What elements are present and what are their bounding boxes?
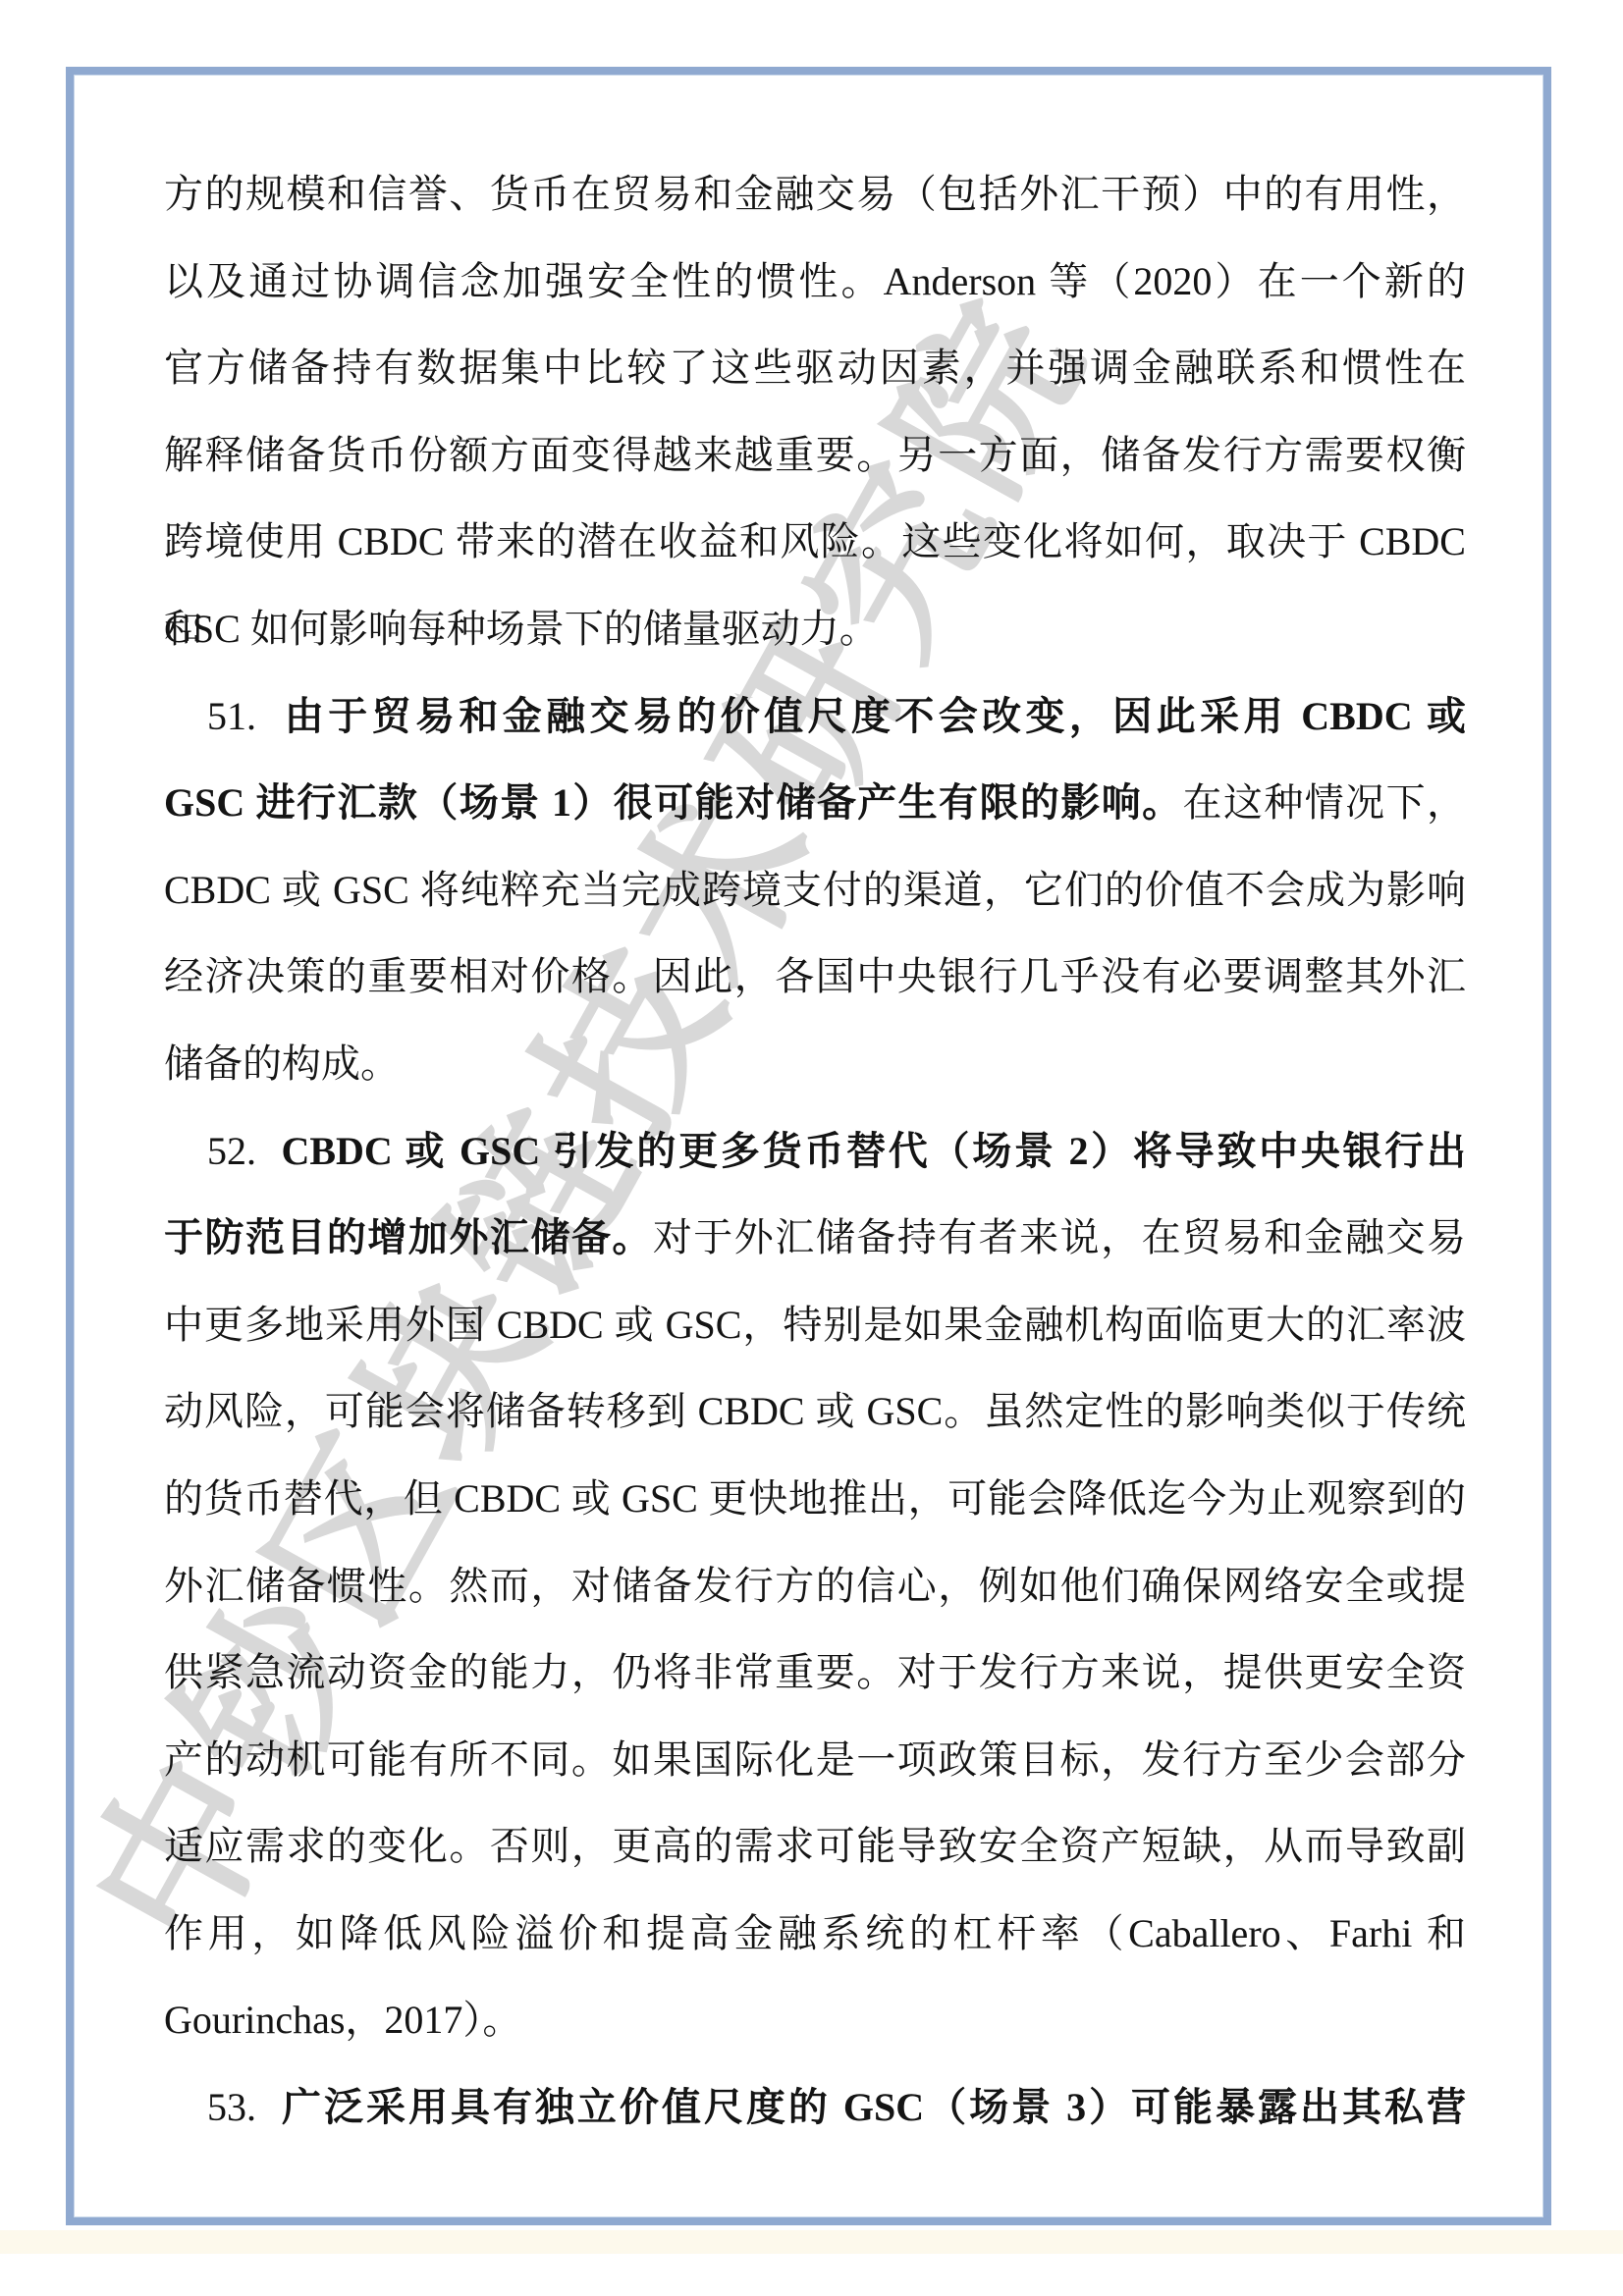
text-line: 储备的构成。: [164, 1021, 1466, 1108]
text-line: 动风险，可能会将储备转移到 CBDC 或 GSC。虽然定性的影响类似于传统: [164, 1368, 1466, 1456]
text-line: 的货币替代，但 CBDC 或 GSC 更快地推出，可能会降低迄今为止观察到的: [164, 1456, 1466, 1543]
text-segment: CBDC 或 GSC 将纯粹充当完成跨境支付的渠道，它们的价值不会成为影响: [164, 868, 1466, 912]
text-line: CBDC 或 GSC 将纯粹充当完成跨境支付的渠道，它们的价值不会成为影响: [164, 847, 1466, 934]
text-segment: 外汇储备惯性。然而，对储备发行方的信心，例如他们确保网络安全或提: [164, 1564, 1466, 1608]
text-segment: 解释储备货币份额方面变得越来越重要。另一方面，储备发行方需要权衡: [164, 433, 1466, 477]
text-line: 供紧急流动资金的能力，仍将非常重要。对于发行方来说，提供更安全资: [164, 1629, 1466, 1717]
text-line: Gourinchas，2017）。: [164, 1977, 1466, 2064]
text-segment: 中更多地采用外国 CBDC 或 GSC，特别是如果金融机构面临更大的汇率波: [164, 1303, 1466, 1347]
text-line: 经济决策的重要相对价格。因此，各国中央银行几乎没有必要调整其外汇: [164, 934, 1466, 1021]
text-segment: 以及通过协调信念加强安全性的惯性。Anderson 等（2020）在一个新的: [164, 259, 1466, 303]
text-line: 方的规模和信誉、货币在贸易和金融交易（包括外汇干预）中的有用性，: [164, 151, 1466, 239]
text-segment: 在这种情况下，: [1183, 780, 1466, 825]
page-bottom-scan-strip: [0, 2230, 1623, 2254]
text-line: 跨境使用 CBDC 带来的潜在收益和风险。这些变化将如何，取决于 CBDC 和: [164, 499, 1466, 586]
text-segment: 53.: [207, 2085, 282, 2129]
text-line: 外汇储备惯性。然而，对储备发行方的信心，例如他们确保网络安全或提: [164, 1543, 1466, 1630]
text-segment: 经济决策的重要相对价格。因此，各国中央银行几乎没有必要调整其外汇: [164, 954, 1466, 998]
bold-text-segment: CBDC 或 GSC 引发的更多货币替代（场景 2）将导致中央银行出: [281, 1129, 1466, 1173]
text-segment: 适应需求的变化。否则，更高的需求可能导致安全资产短缺，从而导致副: [164, 1824, 1466, 1868]
document-body: 方的规模和信誉、货币在贸易和金融交易（包括外汇干预）中的有用性，以及通过协调信念…: [164, 151, 1466, 2152]
text-line: GSC 进行汇款（场景 1）很可能对储备产生有限的影响。在这种情况下，: [164, 760, 1466, 847]
text-line: 53. 广泛采用具有独立价值尺度的 GSC（场景 3）可能暴露出其私营: [164, 2064, 1466, 2152]
text-line: 以及通过协调信念加强安全性的惯性。Anderson 等（2020）在一个新的: [164, 239, 1466, 326]
text-segment: 方的规模和信誉、货币在贸易和金融交易（包括外汇干预）中的有用性，: [164, 172, 1466, 216]
text-line: 中更多地采用外国 CBDC 或 GSC，特别是如果金融机构面临更大的汇率波: [164, 1282, 1466, 1369]
text-segment: 51.: [207, 694, 285, 738]
text-segment: 动风险，可能会将储备转移到 CBDC 或 GSC。虽然定性的影响类似于传统: [164, 1389, 1466, 1433]
text-line: 产的动机可能有所不同。如果国际化是一项政策目标，发行方至少会部分: [164, 1717, 1466, 1804]
text-segment: 作用，如降低风险溢价和提高金融系统的杠杆率（Caballero、Farhi 和: [164, 1911, 1466, 1955]
bold-text-segment: GSC 进行汇款（场景 1）很可能对储备产生有限的影响。: [164, 780, 1183, 825]
text-segment: 产的动机可能有所不同。如果国际化是一项政策目标，发行方至少会部分: [164, 1737, 1466, 1782]
text-line: 于防范目的增加外汇储备。对于外汇储备持有者来说，在贸易和金融交易: [164, 1195, 1466, 1282]
text-segment: 储备的构成。: [164, 1041, 400, 1086]
text-line: 官方储备持有数据集中比较了这些驱动因素，并强调金融联系和惯性在: [164, 325, 1466, 412]
bold-text-segment: 广泛采用具有独立价值尺度的 GSC（场景 3）可能暴露出其私营: [282, 2085, 1466, 2129]
text-segment: 对于外汇储备持有者来说，在贸易和金融交易: [653, 1215, 1466, 1259]
text-line: 52. CBDC 或 GSC 引发的更多货币替代（场景 2）将导致中央银行出: [164, 1108, 1466, 1196]
text-line: 51. 由于贸易和金融交易的价值尺度不会改变，因此采用 CBDC 或: [164, 673, 1466, 761]
text-line: 作用，如降低风险溢价和提高金融系统的杠杆率（Caballero、Farhi 和: [164, 1891, 1466, 1978]
text-segment: 52.: [207, 1129, 281, 1173]
bold-text-segment: 由于贸易和金融交易的价值尺度不会改变，因此采用 CBDC 或: [285, 694, 1466, 738]
text-segment: Gourinchas，2017）。: [164, 1998, 521, 2042]
bold-text-segment: 于防范目的增加外汇储备。: [164, 1215, 653, 1259]
text-segment: 官方储备持有数据集中比较了这些驱动因素，并强调金融联系和惯性在: [164, 346, 1466, 390]
text-line: GSC 如何影响每种场景下的储量驱动力。: [164, 586, 1466, 673]
text-line: 适应需求的变化。否则，更高的需求可能导致安全资产短缺，从而导致副: [164, 1803, 1466, 1891]
text-segment: GSC 如何影响每种场景下的储量驱动力。: [164, 607, 879, 651]
text-line: 解释储备货币份额方面变得越来越重要。另一方面，储备发行方需要权衡: [164, 412, 1466, 500]
text-segment: 供紧急流动资金的能力，仍将非常重要。对于发行方来说，提供更安全资: [164, 1650, 1466, 1694]
text-segment: 的货币替代，但 CBDC 或 GSC 更快地推出，可能会降低迄今为止观察到的: [164, 1476, 1466, 1521]
scanned-document-page: { "page": { "background_color": "#ffffff…: [0, 0, 1623, 2296]
